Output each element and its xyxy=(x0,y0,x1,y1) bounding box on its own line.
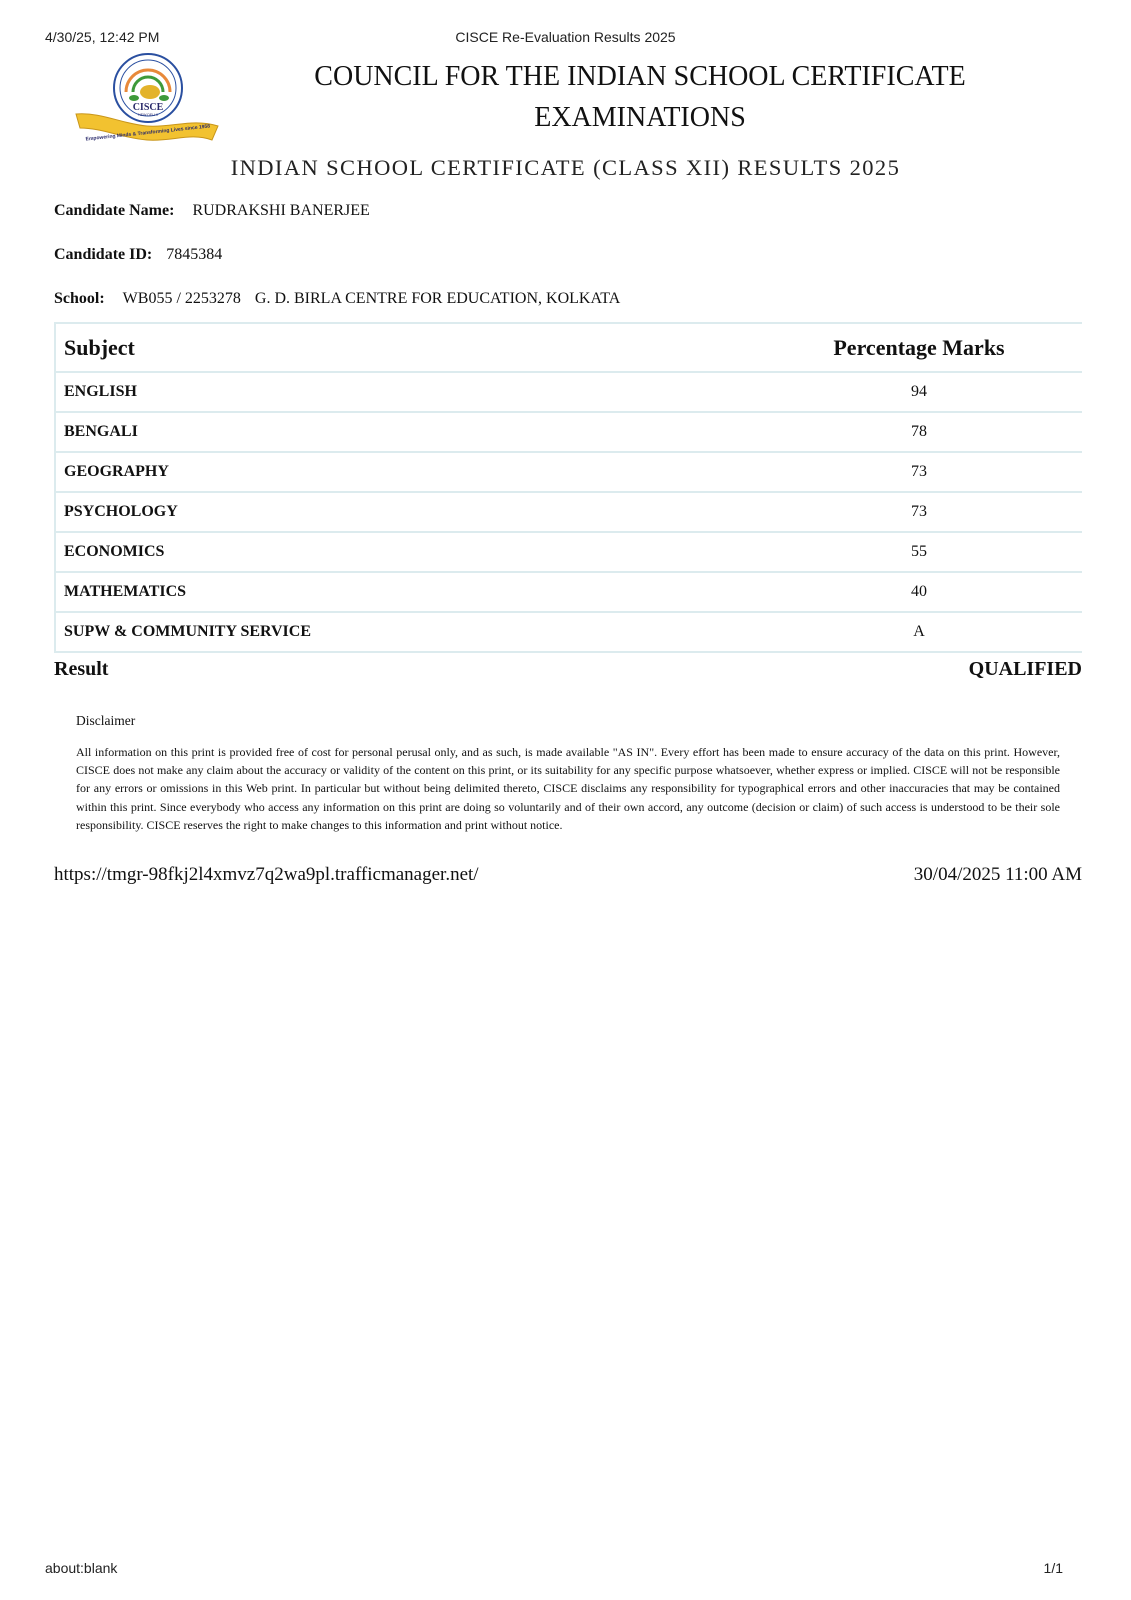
subject-cell: ENGLISH xyxy=(55,372,756,412)
school-code: WB055 / 2253278 xyxy=(123,290,241,307)
marks-cell: 94 xyxy=(756,372,1082,412)
candidate-name-row: Candidate Name:RUDRAKSHI BANERJEE xyxy=(54,202,370,220)
column-header-subject: Subject xyxy=(55,323,756,372)
table-row: BENGALI 78 xyxy=(55,412,1082,452)
table-row: PSYCHOLOGY 73 xyxy=(55,492,1082,532)
school-label: School: xyxy=(54,290,105,307)
subject-cell: MATHEMATICS xyxy=(55,572,756,612)
candidate-name-value: RUDRAKSHI BANERJEE xyxy=(192,202,369,219)
results-subtitle: INDIAN SCHOOL CERTIFICATE (CLASS XII) RE… xyxy=(0,155,1131,181)
marks-cell: A xyxy=(756,612,1082,652)
org-title-line2: EXAMINATIONS xyxy=(290,97,990,138)
school-row: School:WB055 / 2253278G. D. BIRLA CENTRE… xyxy=(54,290,620,308)
candidate-id-value: 7845384 xyxy=(166,246,222,263)
candidate-id-row: Candidate ID:7845384 xyxy=(54,246,222,264)
svg-text:CISCE: CISCE xyxy=(133,102,164,113)
table-header-row: Subject Percentage Marks xyxy=(55,323,1082,372)
marks-cell: 73 xyxy=(756,492,1082,532)
org-title: COUNCIL FOR THE INDIAN SCHOOL CERTIFICAT… xyxy=(290,56,990,138)
disclaimer-heading: Disclaimer xyxy=(76,713,1060,729)
table-row: SUPW & COMMUNITY SERVICE A xyxy=(55,612,1082,652)
school-name: G. D. BIRLA CENTRE FOR EDUCATION, KOLKAT… xyxy=(255,290,620,307)
subject-cell: SUPW & COMMUNITY SERVICE xyxy=(55,612,756,652)
print-footer-url: about:blank xyxy=(45,1560,117,1576)
marks-cell: 78 xyxy=(756,412,1082,452)
source-url-link[interactable]: https://tmgr-98fkj2l4xmvz7q2wa9pl.traffi… xyxy=(54,864,479,886)
subject-cell: BENGALI xyxy=(55,412,756,452)
svg-text:NEW DELHI: NEW DELHI xyxy=(138,113,157,117)
candidate-name-label: Candidate Name: xyxy=(54,202,174,219)
result-status-badge: QUALIFIED xyxy=(969,658,1082,681)
table-row: ENGLISH 94 xyxy=(55,372,1082,412)
marks-cell: 40 xyxy=(756,572,1082,612)
print-page-number: 1/1 xyxy=(1044,1560,1063,1576)
cisce-logo-icon: CISCE NEW DELHI Empowering Minds & Trans… xyxy=(72,52,222,148)
table-row: MATHEMATICS 40 xyxy=(55,572,1082,612)
candidate-id-label: Candidate ID: xyxy=(54,246,152,263)
marks-table: Subject Percentage Marks ENGLISH 94 BENG… xyxy=(54,322,1082,653)
org-title-line1: COUNCIL FOR THE INDIAN SCHOOL CERTIFICAT… xyxy=(290,56,990,97)
marks-cell: 73 xyxy=(756,452,1082,492)
generated-timestamp: 30/04/2025 11:00 AM xyxy=(914,864,1082,886)
disclaimer-text: All information on this print is provide… xyxy=(76,743,1060,834)
disclaimer-section: Disclaimer All information on this print… xyxy=(76,713,1060,834)
subject-cell: PSYCHOLOGY xyxy=(55,492,756,532)
column-header-percentage: Percentage Marks xyxy=(756,323,1082,372)
subject-cell: GEOGRAPHY xyxy=(55,452,756,492)
result-row: Result QUALIFIED xyxy=(54,658,1082,681)
table-row: ECONOMICS 55 xyxy=(55,532,1082,572)
print-page-title: CISCE Re-Evaluation Results 2025 xyxy=(0,29,1131,45)
marks-cell: 55 xyxy=(756,532,1082,572)
result-label: Result xyxy=(54,658,108,681)
subject-cell: ECONOMICS xyxy=(55,532,756,572)
page-footer: https://tmgr-98fkj2l4xmvz7q2wa9pl.traffi… xyxy=(54,864,1082,886)
table-row: GEOGRAPHY 73 xyxy=(55,452,1082,492)
